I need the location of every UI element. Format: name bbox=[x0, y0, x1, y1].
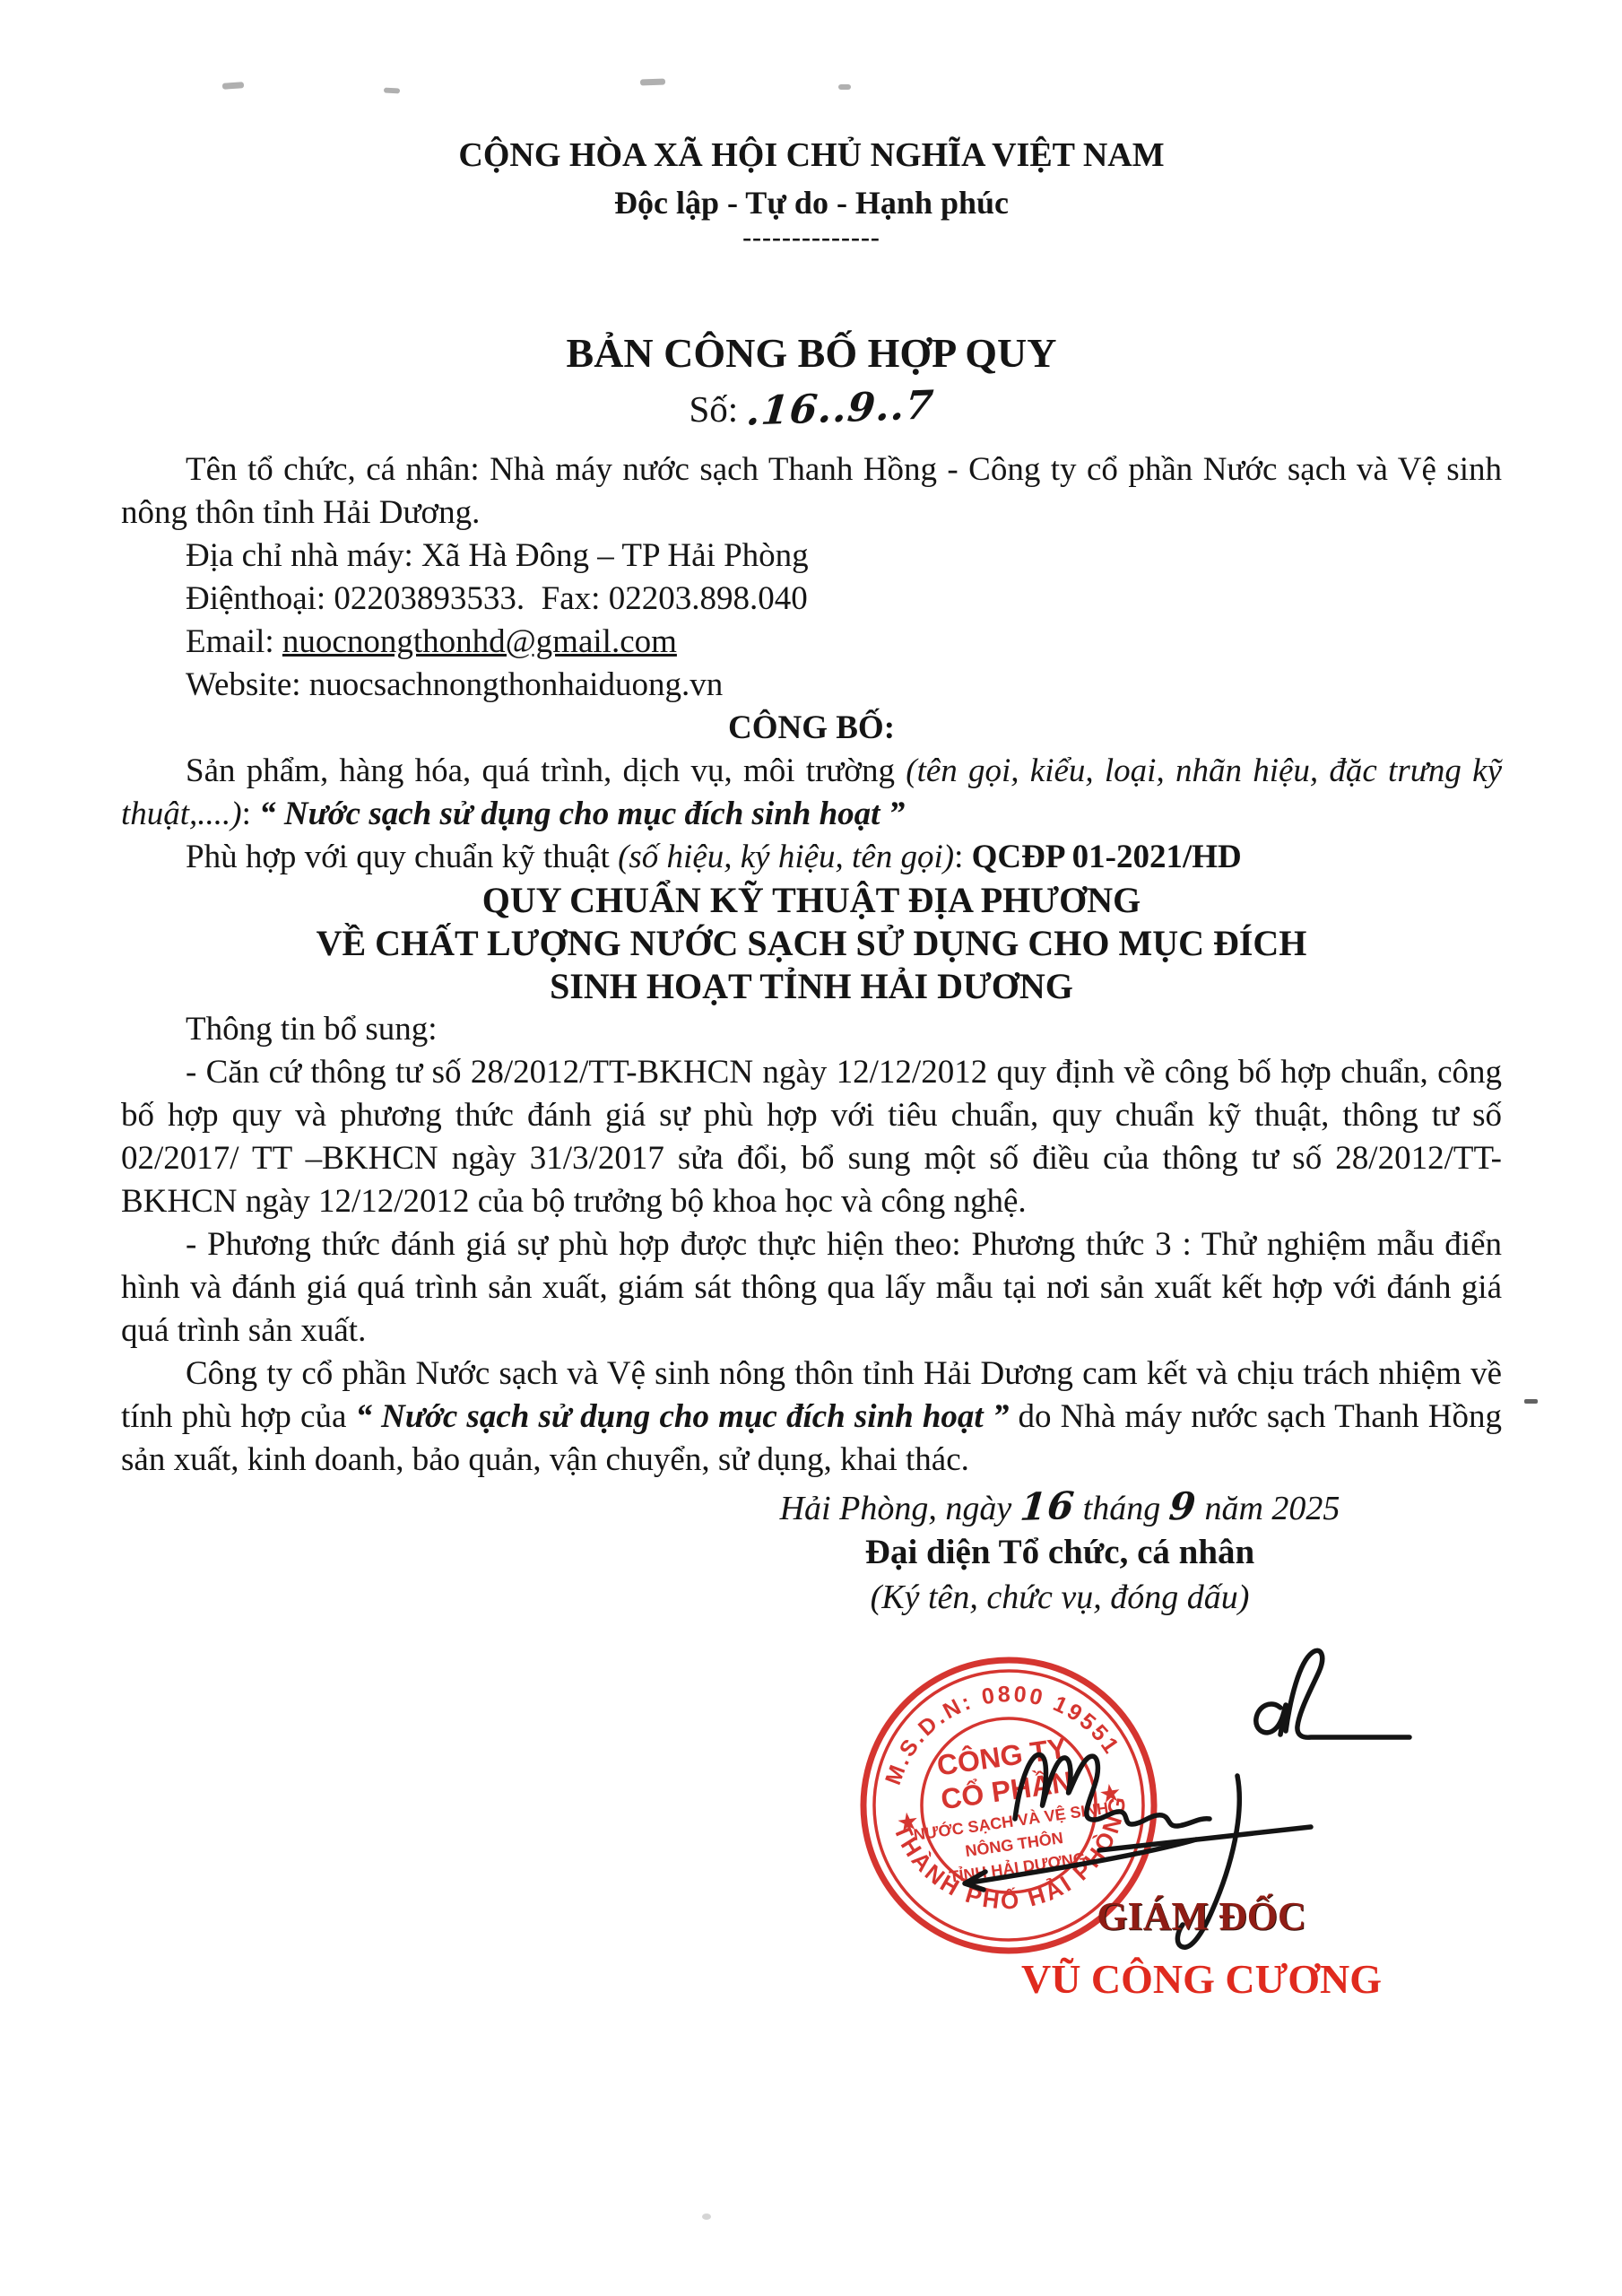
signature-main-loops bbox=[1015, 1754, 1210, 1826]
director-name: VŨ CÔNG CƯƠNG bbox=[1013, 1955, 1390, 2004]
text-segment: nuocnongthonhd@gmail.com bbox=[282, 623, 677, 660]
text-segment: .16..9..7 bbox=[745, 382, 936, 435]
director-title: GIÁM ĐỐC bbox=[1076, 1894, 1327, 1939]
paragraph-additional-info-label: Thông tin bổ sung: bbox=[121, 1008, 1502, 1051]
handwritten-signature bbox=[888, 1641, 1462, 2009]
paragraph-legal-basis: - Căn cứ thông tư số 28/2012/TT-BKHCN ng… bbox=[121, 1051, 1502, 1223]
paragraph-phone-fax: Điệnthoại: 02203893533. Fax: 02203.898.0… bbox=[121, 578, 1502, 621]
scan-speck bbox=[640, 79, 665, 86]
document-title: BẢN CÔNG BỐ HỢP QUY bbox=[121, 328, 1502, 378]
text-segment: : bbox=[242, 796, 260, 832]
paragraph-email: Email: nuocnongthonhd@gmail.com bbox=[121, 621, 1502, 664]
regulation-heading-line-2: VỀ CHẤT LƯỢNG NƯỚC SẠCH SỬ DỤNG CHO MỤC … bbox=[121, 922, 1502, 965]
text-segment: QCĐP 01-2021/HD bbox=[972, 839, 1242, 875]
signature-left-tail bbox=[965, 1839, 1196, 1890]
scan-speck bbox=[384, 88, 400, 94]
text-segment: “ Nước sạch sử dụng cho mục đích sinh ho… bbox=[356, 1398, 1010, 1435]
text-segment: 9 bbox=[1167, 1484, 1199, 1528]
document-content: CỘNG HÒA XÃ HỘI CHỦ NGHĨA VIỆT NAM Độc l… bbox=[0, 0, 1622, 1620]
national-header: CỘNG HÒA XÃ HỘI CHỦ NGHĨA VIỆT NAM Độc l… bbox=[121, 135, 1502, 251]
text-segment: Sản phẩm, hàng hóa, quá trình, dịch vụ, … bbox=[186, 752, 906, 789]
paragraph-assessment-method: - Phương thức đánh giá sự phù hợp được t… bbox=[121, 1223, 1502, 1352]
regulation-heading-line-1: QUY CHUẨN KỸ THUẬT ĐỊA PHƯƠNG bbox=[121, 879, 1502, 922]
text-segment: Email: bbox=[186, 623, 282, 660]
regulation-heading-line-3: SINH HOẠT TỈNH HẢI DƯƠNG bbox=[121, 965, 1502, 1008]
scan-speck bbox=[838, 84, 851, 90]
national-title: CỘNG HÒA XÃ HỘI CHỦ NGHĨA VIỆT NAM bbox=[121, 135, 1502, 176]
national-motto: Độc lập - Tự do - Hạnh phúc bbox=[121, 183, 1502, 222]
paragraph-standard-conformity: Phù hợp với quy chuẩn kỹ thuật (số hiệu,… bbox=[121, 836, 1502, 879]
congbo-heading: CÔNG BỐ: bbox=[121, 707, 1502, 750]
text-segment: năm 2025 bbox=[1196, 1490, 1340, 1527]
text-segment: Số: bbox=[689, 388, 747, 430]
text-segment: Phù hợp với quy chuẩn kỹ thuật bbox=[186, 839, 618, 875]
text-segment: Hải Phòng, ngày bbox=[780, 1490, 1020, 1527]
document-number-line: Số: .16..9..7 bbox=[121, 386, 1502, 432]
representative-line: Đại diện Tổ chức, cá nhân bbox=[746, 1530, 1374, 1575]
scan-artifact-dash bbox=[1524, 1399, 1538, 1404]
text-segment: “ Nước sạch sử dụng cho mục đích sinh ho… bbox=[259, 796, 905, 832]
signature-underline-stroke bbox=[1099, 1827, 1311, 1850]
scanned-document-page: CỘNG HÒA XÃ HỘI CHỦ NGHĨA VIỆT NAM Độc l… bbox=[0, 0, 1622, 2296]
sign-instruction-line: (Ký tên, chức vụ, đóng dấu) bbox=[746, 1575, 1374, 1620]
header-divider: -------------- bbox=[121, 224, 1502, 251]
scan-smudge bbox=[702, 2213, 711, 2220]
text-segment: (số hiệu, ký hiệu, tên gọi) bbox=[618, 839, 954, 875]
paragraph-product-declaration: Sản phẩm, hàng hóa, quá trình, dịch vụ, … bbox=[121, 750, 1502, 836]
paragraph-website: Website: nuocsachnongthonhaiduong.vn bbox=[121, 664, 1502, 707]
paragraph-commitment: Công ty cổ phần Nước sạch và Vệ sinh nôn… bbox=[121, 1352, 1502, 1482]
signature-initial-flourish bbox=[1286, 1650, 1409, 1737]
text-segment: 16 bbox=[1018, 1484, 1076, 1529]
place-date-line: Hải Phòng, ngày 16 tháng 9 năm 2025 bbox=[746, 1485, 1374, 1530]
paragraph-factory-address: Địa chỉ nhà máy: Xã Hà Đông – TP Hải Phò… bbox=[121, 535, 1502, 578]
text-segment: : bbox=[954, 839, 972, 875]
signature-initial-a bbox=[1256, 1704, 1286, 1735]
paragraph-organization-name: Tên tổ chức, cá nhân: Nhà máy nước sạch … bbox=[121, 448, 1502, 535]
text-segment: tháng bbox=[1074, 1490, 1169, 1527]
signature-block: Hải Phòng, ngày 16 tháng 9 năm 2025 Đại … bbox=[746, 1485, 1374, 1620]
